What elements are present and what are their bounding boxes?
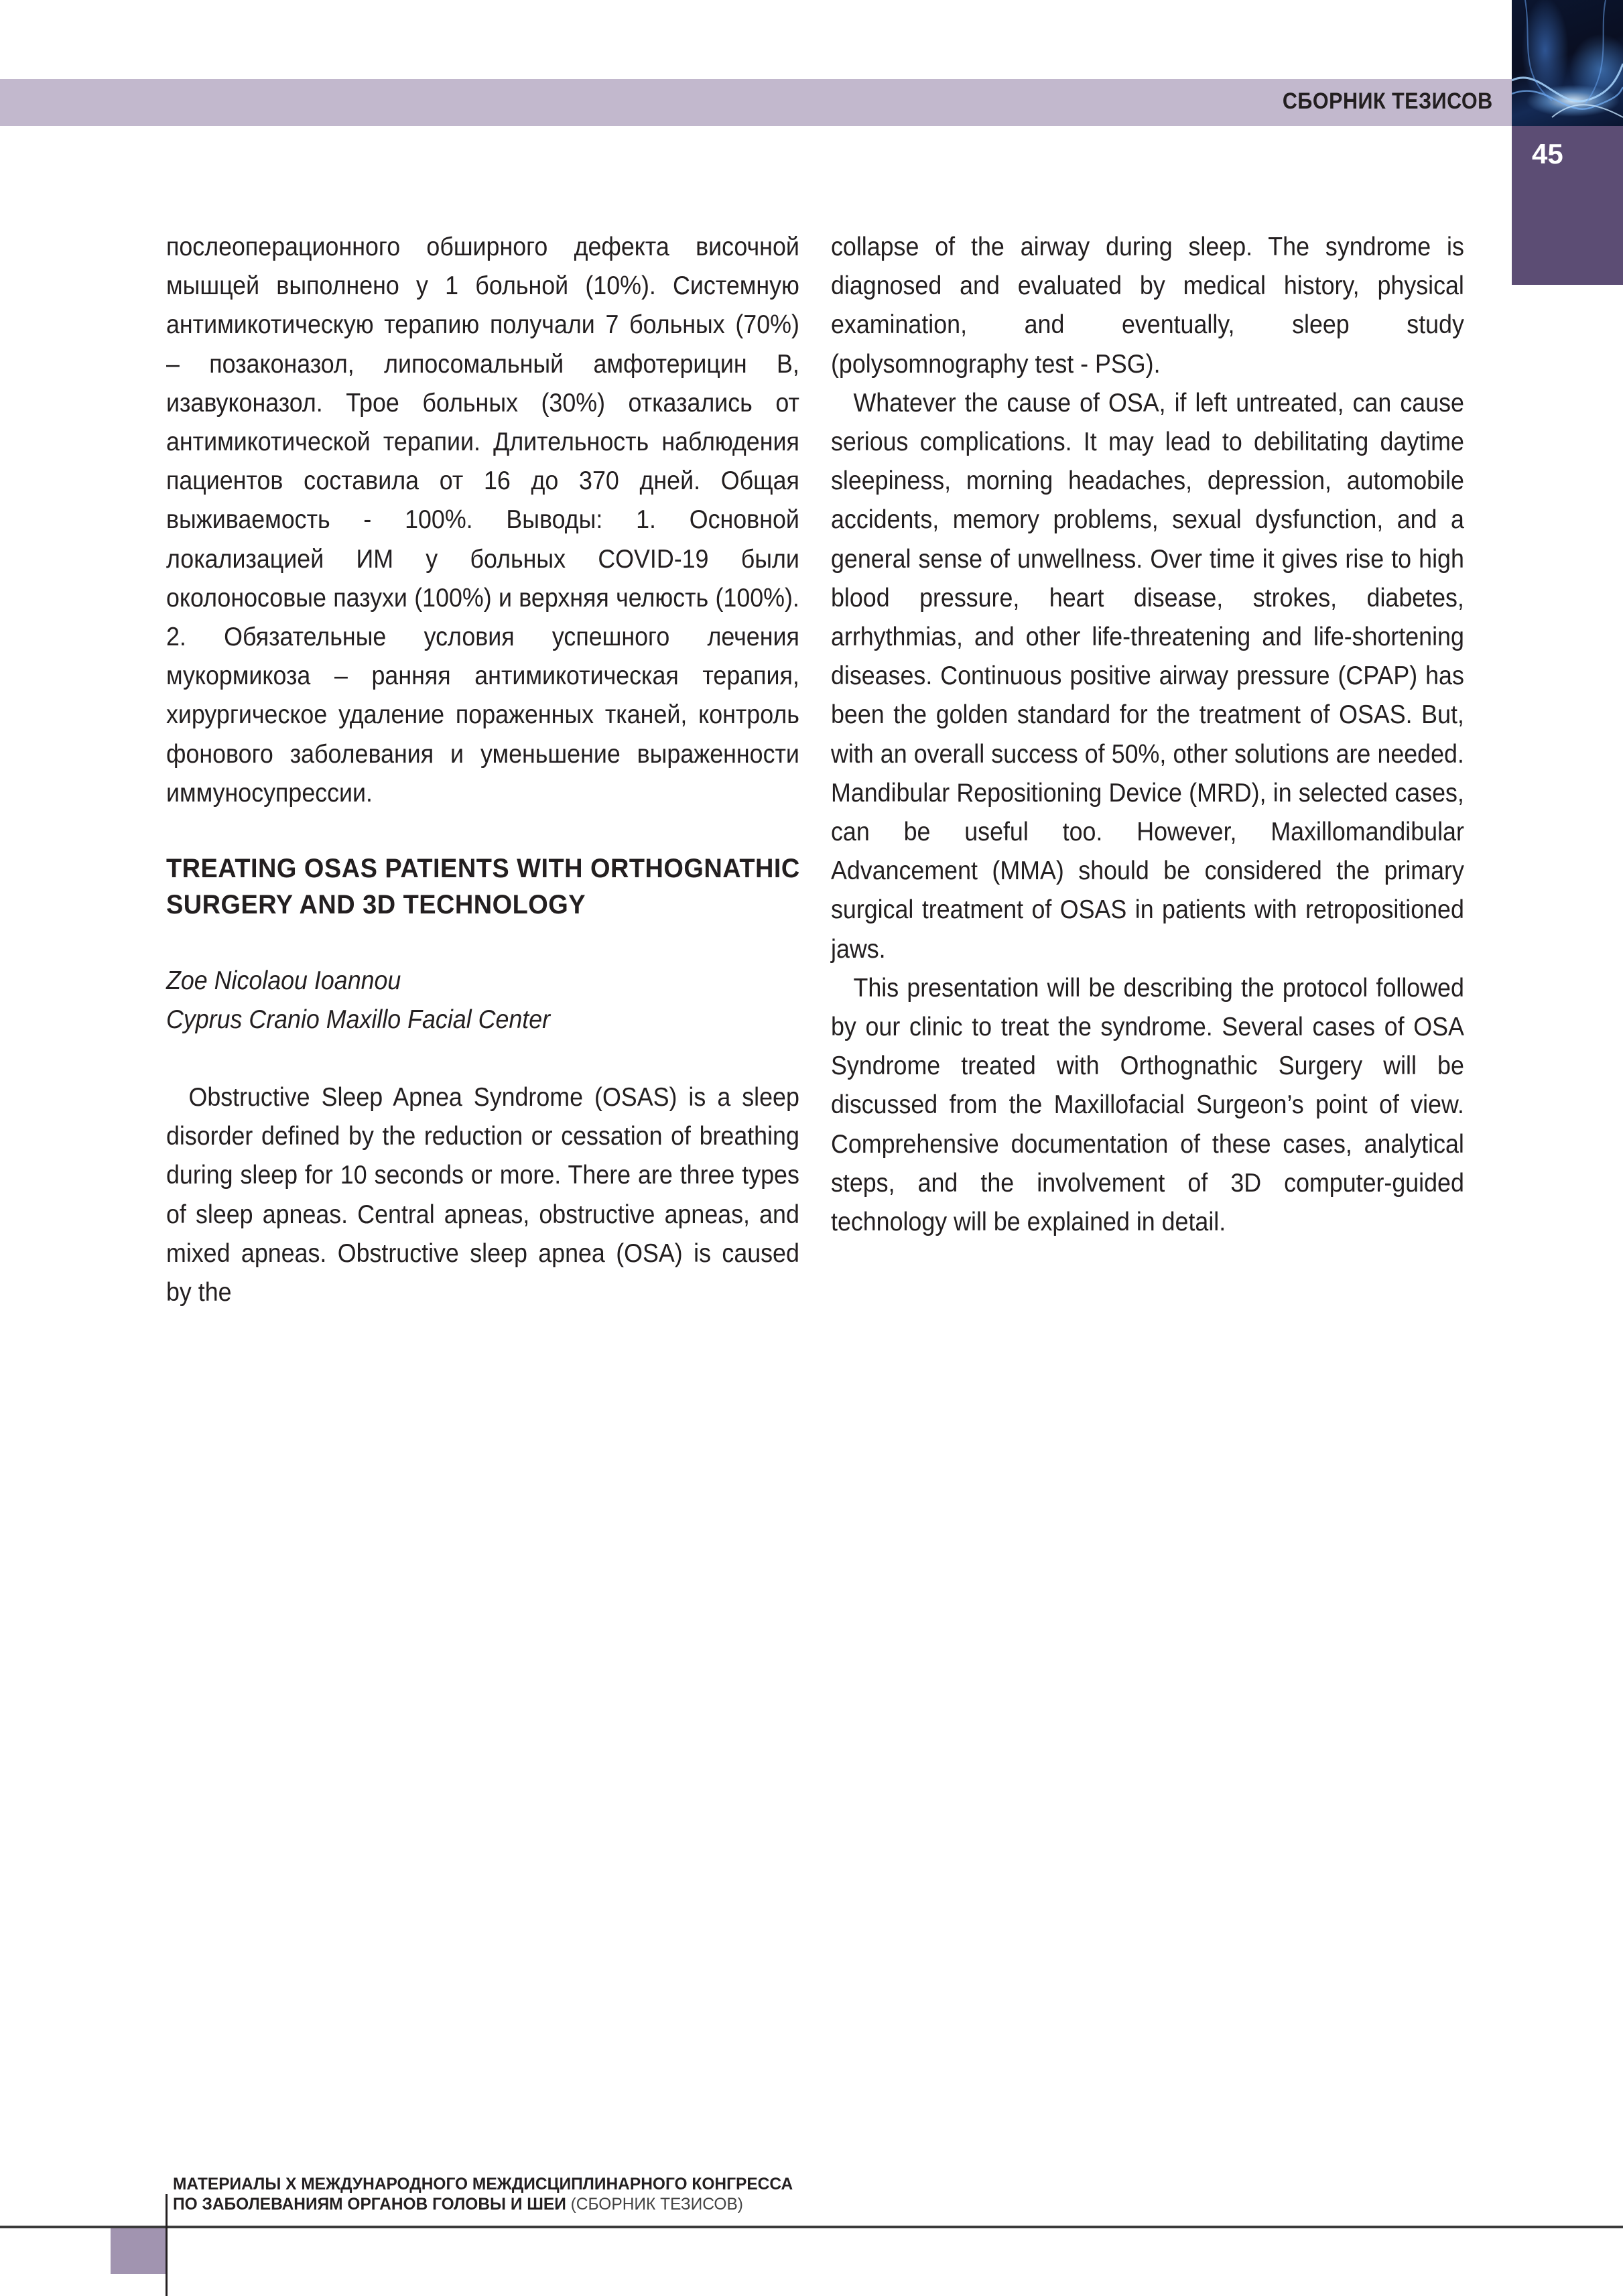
- footer-line-2: ПО ЗАБОЛЕВАНИЯМ ОРГАНОВ ГОЛОВЫ И ШЕИ: [173, 2195, 566, 2214]
- abstract-paragraph-1-end: collapse of the airway during sleep. The…: [831, 228, 1464, 384]
- abstract-paragraph-2: Whatever the cause of OSA, if left untre…: [831, 384, 1464, 969]
- decorative-abstract-light-image: [1512, 0, 1623, 126]
- left-column: послеоперационного обширного дефекта вис…: [166, 228, 799, 1312]
- footer-rule: [0, 2226, 1623, 2228]
- footer-line-1: МАТЕРИАЛЫ X МЕЖДУНАРОДНОГО МЕЖДИСЦИПЛИНА…: [173, 2174, 793, 2194]
- abstract-paragraph-3: This presentation will be describing the…: [831, 969, 1464, 1242]
- running-header-title: СБОРНИК ТЕЗИСОВ: [1283, 88, 1493, 115]
- running-footer: МАТЕРИАЛЫ X МЕЖДУНАРОДНОГО МЕЖДИСЦИПЛИНА…: [173, 2174, 793, 2214]
- previous-abstract-continuation: послеоперационного обширного дефекта вис…: [166, 228, 799, 813]
- light-wave-icon: [1512, 0, 1623, 126]
- page-number: 45: [1532, 138, 1563, 170]
- author-block: Zoe Nicolaou Ioannou Cyprus Cranio Maxil…: [166, 962, 799, 1039]
- footer-accent-square: [111, 2228, 166, 2274]
- footer-line-2-note: (СБОРНИК ТЕЗИСОВ): [571, 2195, 743, 2214]
- author-affiliation: Cyprus Cranio Maxillo Facial Center: [166, 1001, 799, 1039]
- footer-vertical-rule: [166, 2194, 168, 2296]
- article-title: TREATING OSAS PATIENTS WITH ORTHOGNATHIC…: [166, 850, 812, 923]
- right-column: collapse of the airway during sleep. The…: [831, 228, 1464, 1242]
- running-header-band: СБОРНИК ТЕЗИСОВ: [0, 79, 1512, 126]
- author-name: Zoe Nicolaou Ioannou: [166, 962, 799, 1001]
- page-number-tab: 45: [1512, 126, 1623, 285]
- abstract-paragraph-1-start: Obstructive Sleep Apnea Syndrome (OSAS) …: [166, 1078, 799, 1312]
